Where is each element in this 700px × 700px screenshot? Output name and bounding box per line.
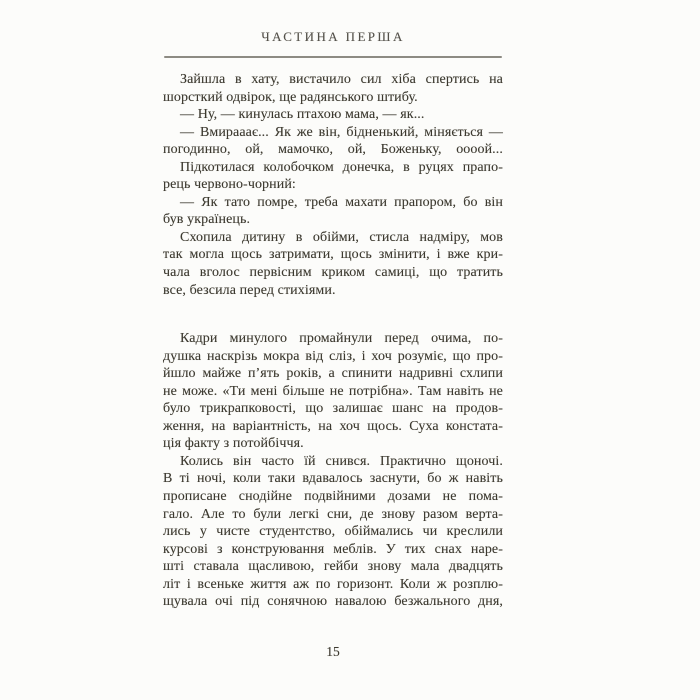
body-text: Зайшла в хату, вистачило сил хіба сперти… [163, 71, 503, 611]
text-line: літ і всеньке життя аж по горизонт. Коли… [163, 576, 503, 594]
text-line: — Як тато помре, треба махати прапором, … [163, 194, 503, 212]
text-line: все, безсила перед стихіями. [163, 282, 503, 300]
text-line: рець червоно-чорний: [163, 176, 503, 194]
text-line: курсові з конструювання меблів. У тих сн… [163, 541, 503, 559]
text-line: Кадри минулого промайнули перед очима, п… [163, 330, 503, 348]
text-line: було трикрапковості, що залишає шанс на … [163, 400, 503, 418]
text-line: Підкотилася колобочком донечка, в руцях … [163, 159, 503, 177]
text-line: Зайшла в хату, вистачило сил хіба сперти… [163, 71, 503, 89]
paragraph-gap [163, 299, 503, 330]
text-line: ження, на варіантність, на хоч щось. Сух… [163, 418, 503, 436]
text-line: був українець. [163, 211, 503, 229]
text-line: погодинно, ой, мамочко, ой, Боженьку, оо… [163, 141, 503, 159]
text-line: гало. Але то були легкі сни, де знову ра… [163, 506, 503, 524]
text-line: лись у чисте студентство, обіймались чи … [163, 523, 503, 541]
text-line: — Ну, — кинулась птахою мама, — як... [163, 106, 503, 124]
text-line: шті ставала щасливою, гейби знову мала д… [163, 558, 503, 576]
text-line: прописане снодійне подвійними дозами не … [163, 488, 503, 506]
text-line: Колись він часто їй снився. Практично що… [163, 453, 503, 471]
text-line: Схопила дитину в обійми, стисла надміру,… [163, 229, 503, 247]
text-line: не може. «Ти мені більше не потрібна». Т… [163, 383, 503, 401]
book-page: ЧАСТИНА ПЕРША Зайшла в хату, вистачило с… [0, 0, 700, 700]
text-line: чала вголос первісним криком самиці, що … [163, 264, 503, 282]
page-number: 15 [163, 644, 503, 660]
text-line: йшло майже п’ять років, а спинити надрив… [163, 365, 503, 383]
text-line: щувала очі під сонячною навалою безжальн… [163, 593, 503, 611]
text-line: так могла щось затримати, щось змінити, … [163, 246, 503, 264]
heading-rule [164, 56, 502, 58]
text-line: шорсткий одвірок, ще радянського штибу. [163, 89, 503, 107]
chapter-heading: ЧАСТИНА ПЕРША [163, 29, 503, 45]
text-line: душка наскрізь мокра від сліз, і хоч роз… [163, 348, 503, 366]
text-line: — Вмирааає... Як же він, бідненький, мін… [163, 124, 503, 142]
text-line: В ті ночі, коли таки вдавалось заснути, … [163, 470, 503, 488]
text-line: ція факту з потойбіччя. [163, 435, 503, 453]
